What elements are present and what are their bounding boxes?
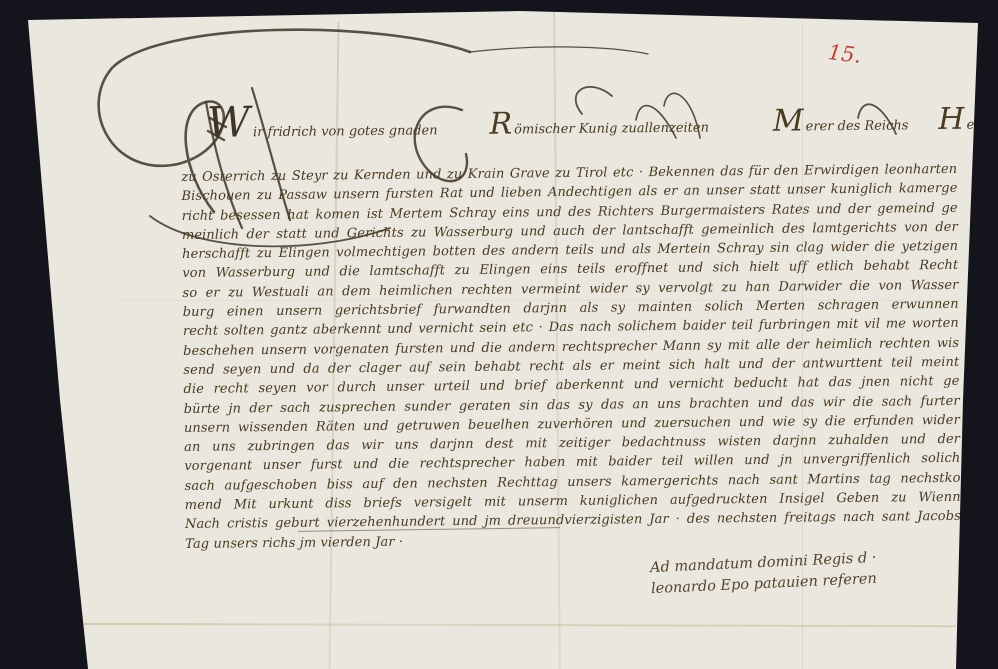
text-block: Wir fridrich von gotes gnaden Römischer … [0, 0, 998, 669]
opening-text: ertzog [966, 117, 998, 132]
opening-text: erer des Reichs [806, 118, 909, 134]
charter-body: zu Osterrich zu Steyr zu Kernden und zu … [181, 160, 961, 554]
chancery-note: Ad mandatum domini Regis d · leonardo Ep… [650, 545, 942, 600]
initial-w: W [207, 117, 250, 127]
opening-text: ömischer Kunig zuallenzeiten [514, 120, 709, 137]
opening-segment-hertzog: Hertzog [938, 114, 998, 133]
opening-segment-merer: Merer des Reichs [773, 115, 909, 134]
opening-line: Wir fridrich von gotes gnaden Römischer … [181, 110, 959, 141]
initial-r: R [489, 120, 512, 130]
initial-m: M [773, 116, 804, 126]
initial-h: H [938, 115, 964, 125]
parchment-sheet: 15. Wir fridrich von gotes gnaden Römisc… [0, 0, 998, 669]
opening-segment-wir: Wir fridrich von gotes gnaden [207, 115, 438, 140]
opening-text: ir fridrich von gotes gnaden [253, 123, 438, 140]
opening-segment-romischer: Römischer Kunig zuallenzeiten [489, 117, 709, 137]
photograph-stage: 15. Wir fridrich von gotes gnaden Römisc… [0, 0, 998, 669]
